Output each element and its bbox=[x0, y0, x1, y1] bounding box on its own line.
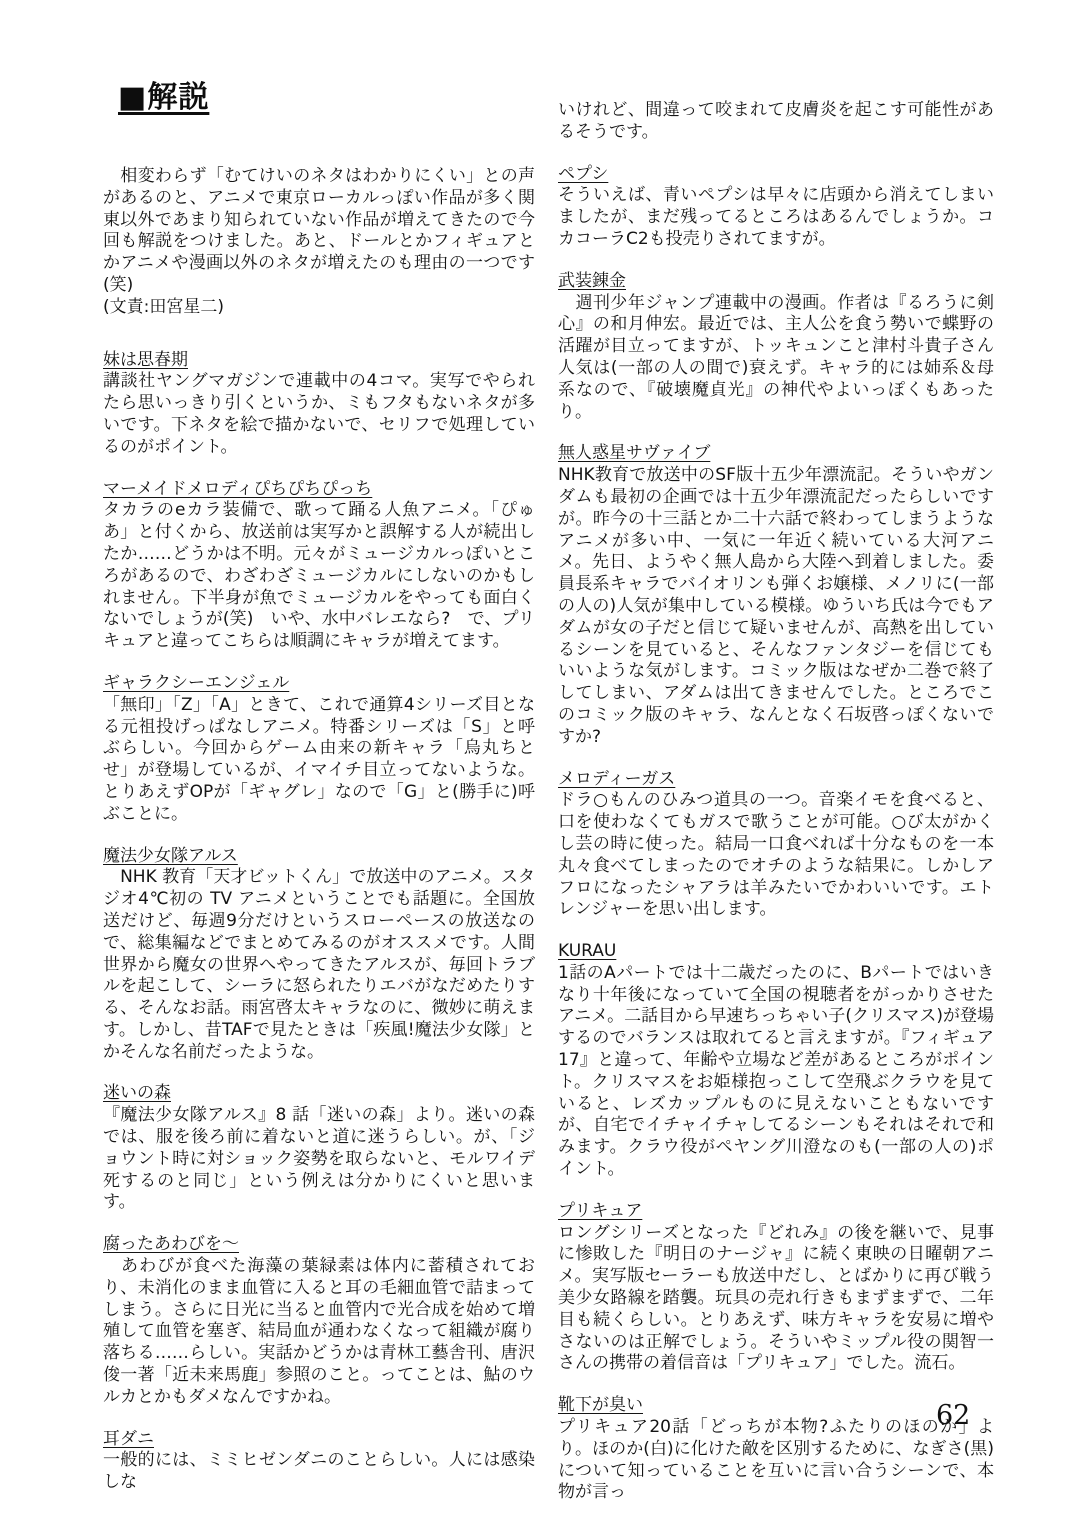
section-body: タカラのeカラ装備で、歌って踊る人魚アニメ。「ぴゅあ」と付くから、放送前は実写か… bbox=[103, 500, 535, 653]
section-body: 『魔法少女隊アルス』8 話「迷いの森」より。迷いの森では、服を後ろ前に着ないと道… bbox=[103, 1105, 535, 1214]
section-mimi-dani: 耳ダニ 一般的には、ミミヒゼンダニのことらしい。人には感染しな bbox=[103, 1429, 535, 1494]
section-title: プリキュア bbox=[558, 1201, 994, 1223]
byline: (文責:田宮星二) bbox=[103, 297, 535, 319]
section-title: 魔法少女隊アルス bbox=[103, 846, 535, 868]
left-column: 相変わらず「むてけいのネタはわかりにくい」との声があるのと、アニメで東京ローカル… bbox=[103, 166, 535, 1494]
document-page: ■解説 相変わらず「むてけいのネタはわかりにくい」との声があるのと、アニメで東京… bbox=[0, 0, 1067, 1514]
section-body: NHK 教育「天才ビットくん」で放送中のアニメ。スタジオ4℃初の TV アニメと… bbox=[103, 867, 535, 1063]
section-title: 妹は思春期 bbox=[103, 350, 535, 372]
section-body: プリキュア20話「どっちが本物?ふたりのほのか」より。ほのか(白)に化けた敵を区… bbox=[558, 1417, 994, 1504]
section-title: 無人惑星サヴァイブ bbox=[558, 443, 994, 465]
section-body: ロングシリーズとなった『どれみ』の後を継いで、見事に惨敗した『明日のナージャ』に… bbox=[558, 1223, 994, 1376]
section-mahou-shoujotai-arusu: 魔法少女隊アルス NHK 教育「天才ビットくん」で放送中のアニメ。スタジオ4℃初… bbox=[103, 846, 535, 1064]
section-title: ペプシ bbox=[558, 164, 994, 186]
section-busou-renkin: 武装錬金 週刊少年ジャンプ連載中の漫画。作者は『るろうに剣心』の和月伸宏。最近で… bbox=[558, 271, 994, 424]
section-title: ギャラクシーエンジェル bbox=[103, 673, 535, 695]
section-kutsushita-ga-kusai: 靴下が臭い プリキュア20話「どっちが本物?ふたりのほのか」より。ほのか(白)に… bbox=[558, 1395, 994, 1504]
section-mayoi-no-mori: 迷いの森 『魔法少女隊アルス』8 話「迷いの森」より。迷いの森では、服を後ろ前に… bbox=[103, 1083, 535, 1214]
section-galaxy-angel: ギャラクシーエンジェル 「無印」「Z」「A」ときて、これで通算4シリーズ目となる… bbox=[103, 673, 535, 826]
section-imouto-wa-shishunki: 妹は思春期 講談社ヤングマガジンで連載中の4コマ。実写でやられたら思いっきり引く… bbox=[103, 350, 535, 459]
section-body: あわびが食べた海藻の葉緑素は体内に蓄積されており、未消化のまま血管に入ると耳の毛… bbox=[103, 1256, 535, 1409]
section-body: ドラ○もんのひみつ道具の一つ。音楽イモを食べると、口を使わなくてもガスで歌うこと… bbox=[558, 790, 994, 921]
intro-paragraph: 相変わらず「むてけいのネタはわかりにくい」との声があるのと、アニメで東京ローカル… bbox=[103, 166, 535, 297]
continuation-paragraph: いけれど、間違って咬まれて皮膚炎を起こす可能性があるそうです。 bbox=[558, 100, 994, 144]
section-body: 週刊少年ジャンプ連載中の漫画。作者は『るろうに剣心』の和月伸宏。最近では、主人公… bbox=[558, 293, 994, 424]
section-body: 「無印」「Z」「A」ときて、これで通算4シリーズ目となる元祖投げっぱなしアニメ。… bbox=[103, 695, 535, 826]
section-title: 腐ったあわびを〜 bbox=[103, 1234, 535, 1256]
section-title: 迷いの森 bbox=[103, 1083, 535, 1105]
section-pepsi: ペプシ そういえば、青いペプシは早々に店頭から消えてしまいましたが、まだ残ってる… bbox=[558, 164, 994, 251]
section-body: そういえば、青いペプシは早々に店頭から消えてしまいましたが、まだ残ってるところは… bbox=[558, 185, 994, 250]
section-title: 武装錬金 bbox=[558, 271, 994, 293]
section-melody-gas: メロディーガス ドラ○もんのひみつ道具の一つ。音楽イモを食べると、口を使わなくて… bbox=[558, 769, 994, 922]
right-column: いけれど、間違って咬まれて皮膚炎を起こす可能性があるそうです。 ペプシ そういえ… bbox=[558, 100, 994, 1504]
section-title: 靴下が臭い bbox=[558, 1395, 994, 1417]
section-body: 講談社ヤングマガジンで連載中の4コマ。実写でやられたら思いっきり引くというか、ミ… bbox=[103, 371, 535, 458]
section-body: NHK教育で放送中のSF版十五少年漂流記。そういやガンダムも最初の企画では十五少… bbox=[558, 465, 994, 748]
section-title: メロディーガス bbox=[558, 769, 994, 791]
section-body: 1話のAパートでは十二歳だったのに、Bパートではいきなり十年後になっていて全国の… bbox=[558, 963, 994, 1181]
page-number: 62 bbox=[936, 1400, 970, 1431]
page-title: ■解説 bbox=[118, 72, 209, 116]
section-title: マーメイドメロディぴちぴちぴっち bbox=[103, 479, 535, 501]
section-mermaid-melody: マーメイドメロディぴちぴちぴっち タカラのeカラ装備で、歌って踊る人魚アニメ。「… bbox=[103, 479, 535, 653]
section-title: KURAU bbox=[558, 941, 994, 963]
section-precure: プリキュア ロングシリーズとなった『どれみ』の後を継いで、見事に惨敗した『明日の… bbox=[558, 1201, 994, 1375]
section-title: 耳ダニ bbox=[103, 1429, 535, 1451]
section-kurau: KURAU 1話のAパートでは十二歳だったのに、Bパートではいきなり十年後になっ… bbox=[558, 941, 994, 1181]
section-body: 一般的には、ミミヒゼンダニのことらしい。人には感染しな bbox=[103, 1450, 535, 1494]
section-mujin-wakusei-survive: 無人惑星サヴァイブ NHK教育で放送中のSF版十五少年漂流記。そういやガンダムも… bbox=[558, 443, 994, 748]
section-kusatta-awabi: 腐ったあわびを〜 あわびが食べた海藻の葉緑素は体内に蓄積されており、未消化のまま… bbox=[103, 1234, 535, 1408]
